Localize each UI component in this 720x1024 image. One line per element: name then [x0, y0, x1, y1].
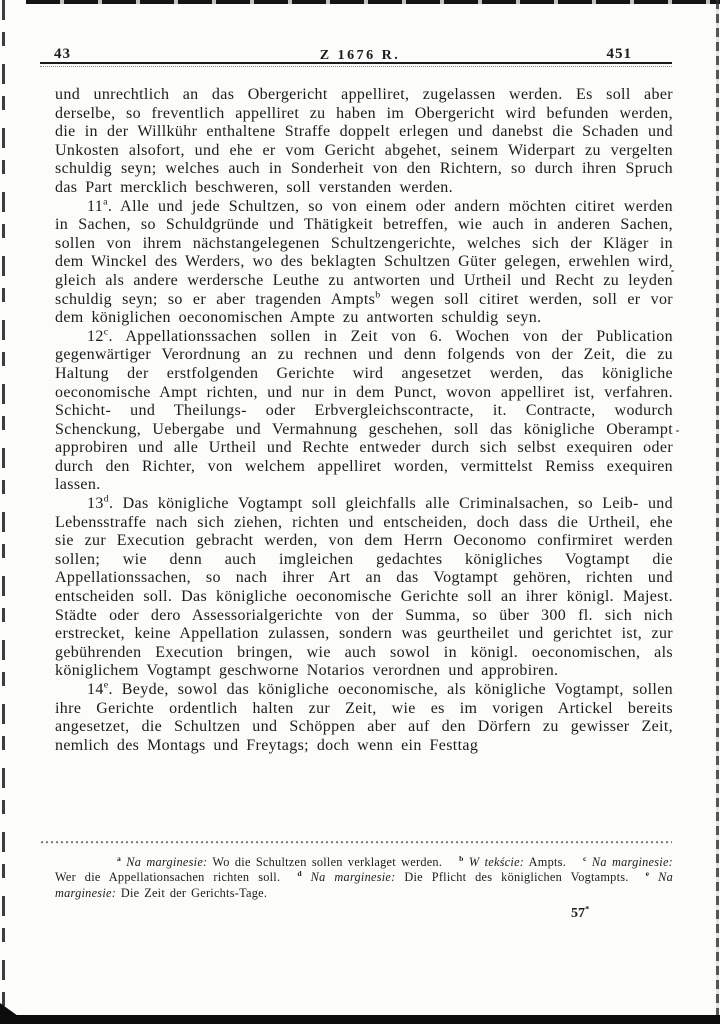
signature-mark: 57*: [571, 906, 589, 922]
footnote-source-label: Na marginesie:: [121, 855, 207, 869]
page-number-right: 451: [607, 46, 633, 63]
scan-edge-bottom: [0, 1015, 720, 1024]
signature-number: 57: [571, 906, 585, 921]
footnote: a Na marginesie: Wo die Schultzen sollen…: [117, 855, 442, 869]
footnote-source-label: W tekście:: [464, 855, 524, 869]
scan-corner-blot: [0, 1003, 18, 1016]
signature-asterisk: *: [585, 903, 589, 913]
footnote-ref: b: [375, 289, 380, 300]
paragraph: und unrechtlich an das Obergericht appel…: [55, 86, 673, 198]
paragraph: 11a. Alle und jede Schultzen, so von ein…: [55, 198, 673, 328]
paragraph: 12c. Appellationssachen sollen in Zeit v…: [55, 328, 673, 495]
footnotes: a Na marginesie: Wo die Schultzen sollen…: [55, 855, 673, 901]
footnote-ref: d: [104, 494, 109, 505]
scanned-book-page: 43 Z 1676 R. 451 und unrechtlich an das …: [0, 0, 720, 1024]
scan-edge-top: [26, 0, 720, 4]
footnote-source-label: Na marginesie:: [302, 870, 396, 884]
body-text: und unrechtlich an das Obergericht appel…: [55, 86, 673, 755]
paragraph: 13d. Das königliche Vogtampt soll gleich…: [55, 495, 673, 681]
header-rule: [40, 62, 672, 67]
footnote-ref: c: [104, 326, 109, 337]
scan-speck: [676, 430, 679, 432]
footnote-ref: a: [103, 196, 108, 207]
footnote-source-label: Na marginesie:: [587, 855, 673, 869]
footnote-ref: e: [104, 680, 109, 691]
paragraph: 14e. Beyde, sowol das königliche oeconom…: [55, 681, 673, 755]
footnote: b W tekście: Ampts.: [459, 855, 566, 869]
scan-edge-left: [2, 0, 5, 1012]
scan-edge-right: [716, 0, 719, 1024]
footnote: d Na marginesie: Die Pflicht des königli…: [297, 870, 628, 884]
footnote-separator: [40, 841, 672, 844]
